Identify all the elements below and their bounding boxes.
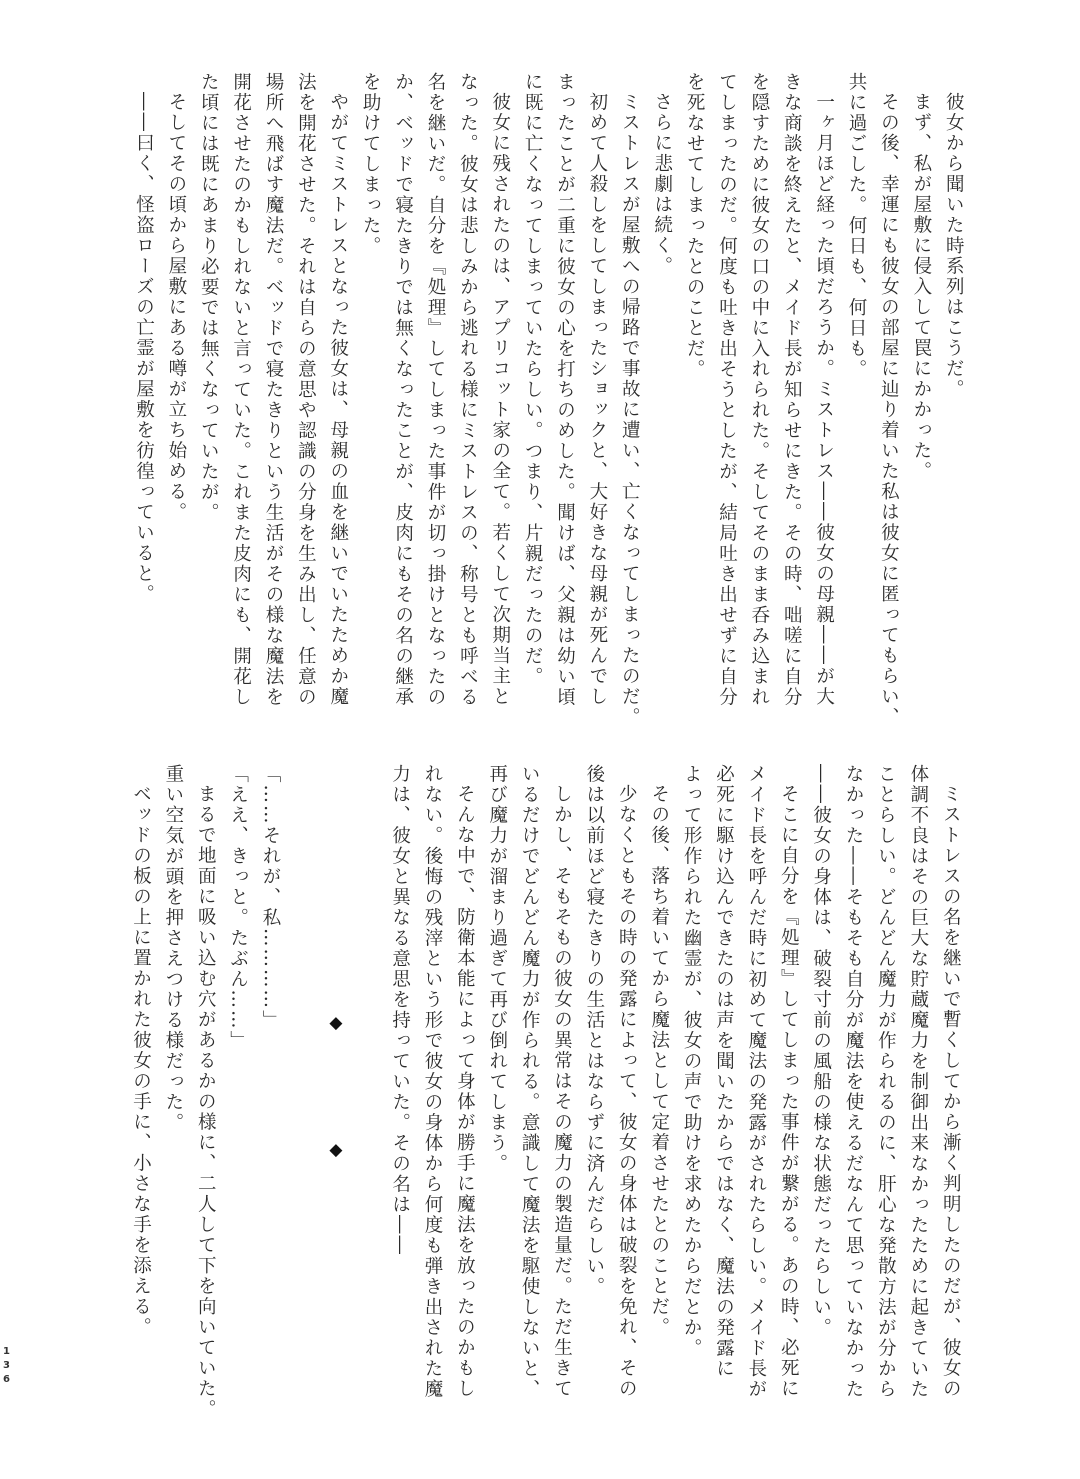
text-line: 後は以前ほど寝たきりの生活とはならずに済んだらしい。 [578, 764, 610, 1404]
dialogue-line: 「……それが、私…………」 [254, 764, 286, 1404]
text-line: か、ベッドで寝たきりでは無くなったことが、皮肉にもその名の継承 [386, 72, 418, 712]
text-line: やがてミストレスとなった彼女は、母親の血を継いでいたためか魔 [321, 72, 353, 712]
text-line: よって形作られた幽霊が、彼女の声で助けを求めたからだとか。 [675, 764, 707, 1404]
text-line: れない。後悔の残滓という形で彼女の身体から何度も弾き出された魔 [416, 764, 448, 1404]
text-line: 場所へ飛ばす魔法だ。ベッドで寝たきりという生活がその様な魔法を [257, 72, 289, 712]
blank-line [286, 764, 318, 774]
text-line: ミストレスが屋敷への帰路で事故に遭い、亡くなってしまったのだ。 [613, 72, 645, 712]
text-line: いるだけでどんどん魔力が作られる。意識して魔法を駆使しないと、 [513, 764, 545, 1404]
text-line: を助けてしまった。 [354, 72, 386, 712]
text-line: まるで地面に吸い込む穴があるかの様に、二人して下を向いていた。 [189, 764, 221, 1404]
text-line: 再び魔力が溜まり過ぎて再び倒れてしまう。 [480, 764, 512, 1404]
text-line: まず、私が屋敷に侵入して罠にかかった。 [904, 72, 936, 712]
text-line: 彼女に残されたのは、アプリコット家の全て。若くして次期当主と [483, 72, 515, 712]
text-line: まったことが二重に彼女の心を打ちのめした。聞けば、父親は幼い頃 [548, 72, 580, 712]
text-line: を隠すために彼女の口の中に入れられた。そしてそのまま呑み込まれ [742, 72, 774, 712]
text-line: きな商談を終えたと、メイド長が知らせにきた。その時、咄嗟に自分 [775, 72, 807, 712]
scene-break-separator: ◆ ◆ [318, 764, 350, 1404]
text-line: ミストレスの名を継いで暫くしてから漸く判明したのだが、彼女の [934, 764, 966, 1404]
text-line: 重い空気が頭を押さえつける様だった。 [156, 764, 188, 1404]
text-line: 初めて人殺しをしてしまったショックと、大好きな母親が死んでし [581, 72, 613, 712]
blank-line [351, 764, 383, 774]
text-line: そしてその頃から屋敷にある噂が立ち始める。 [159, 72, 191, 712]
text-line: そこに自分を『処理』してしまった事件が繋がる。あの時、必死に [772, 764, 804, 1404]
text-line: なった。彼女は悲しみから逃れる様にミストレスの、称号とも呼べる [451, 72, 483, 712]
text-line: 少なくともその時の発露によって、彼女の身体は破裂を免れ、その [610, 764, 642, 1404]
text-line: ベッドの板の上に置かれた彼女の手に、小さな手を添える。 [124, 764, 156, 1404]
upper-text-block: 彼女から聞いた時系列はこうだ。 まず、私が屋敷に侵入して罠にかかった。 その後、… [127, 72, 969, 712]
text-line: しかし、そもそもの彼女の異常はその魔力の製造量だ。ただ生きて [545, 764, 577, 1404]
text-line: なかった――そもそも自分が魔法を使えるだなんて思っていなかった [837, 764, 869, 1404]
text-line: ――彼女の身体は、破裂寸前の風船の様な状態だったらしい。 [804, 764, 836, 1404]
text-line: 必死に駆け込んできたのは声を聞いたからではなく、魔法の発露に [707, 764, 739, 1404]
text-line: そんな中で、防衛本能によって身体が勝手に魔法を放ったのかもし [448, 764, 480, 1404]
text-line: 共に過ごした。何日も、何日も。 [840, 72, 872, 712]
text-line: 彼女から聞いた時系列はこうだ。 [937, 72, 969, 712]
text-line: た頃には既にあまり必要では無くなっていたが。 [192, 72, 224, 712]
text-line: を死なせてしまったとのことだ。 [678, 72, 710, 712]
text-line: 力は、彼女と異なる意思を持っていた。その名は―― [383, 764, 415, 1404]
lower-text-block: ミストレスの名を継いで暫くしてから漸く判明したのだが、彼女の 体調不良はその巨大… [124, 764, 966, 1404]
diamond-icon: ◆ [327, 1142, 344, 1159]
text-line: 一ヶ月ほど経った頃だろうか。ミストレス――彼女の母親――が大 [807, 72, 839, 712]
dialogue-line: 「ええ、きっと。たぶん……」 [221, 764, 253, 1404]
text-line: さらに悲劇は続く。 [645, 72, 677, 712]
page-number: 136 [1, 1346, 11, 1388]
text-line: その後、幸運にも彼女の部屋に辿り着いた私は彼女に匿ってもらい、 [872, 72, 904, 712]
text-line: てしまったのだ。何度も吐き出そうとしたが、結局吐き出せずに自分 [710, 72, 742, 712]
text-line: 法を開花させた。それは自らの意思や認識の分身を生み出し、任意の [289, 72, 321, 712]
text-line: 開花させたのかもしれないと言っていた。これまた皮肉にも、開花し [224, 72, 256, 712]
diamond-icon: ◆ [327, 1015, 344, 1032]
text-line: 体調不良はその巨大な貯蔵魔力を制御出来なかったために起きていた [901, 764, 933, 1404]
text-line: メイド長を呼んだ時に初めて魔法の発露がされたらしい。メイド長が [739, 764, 771, 1404]
text-line: ――曰く、怪盗ローズの亡霊が屋敷を彷徨っていると。 [127, 72, 159, 712]
text-line: 名を継いだ。自分を『処理』してしまった事件が切っ掛けとなったの [419, 72, 451, 712]
text-line: ことらしい。どんどん魔力が作られるのに、肝心な発散方法が分から [869, 764, 901, 1404]
text-line: に既に亡くなってしまっていたらしい。つまり、片親だったのだ。 [516, 72, 548, 712]
text-line: その後、落ち着いてから魔法として定着させたとのことだ。 [642, 764, 674, 1404]
